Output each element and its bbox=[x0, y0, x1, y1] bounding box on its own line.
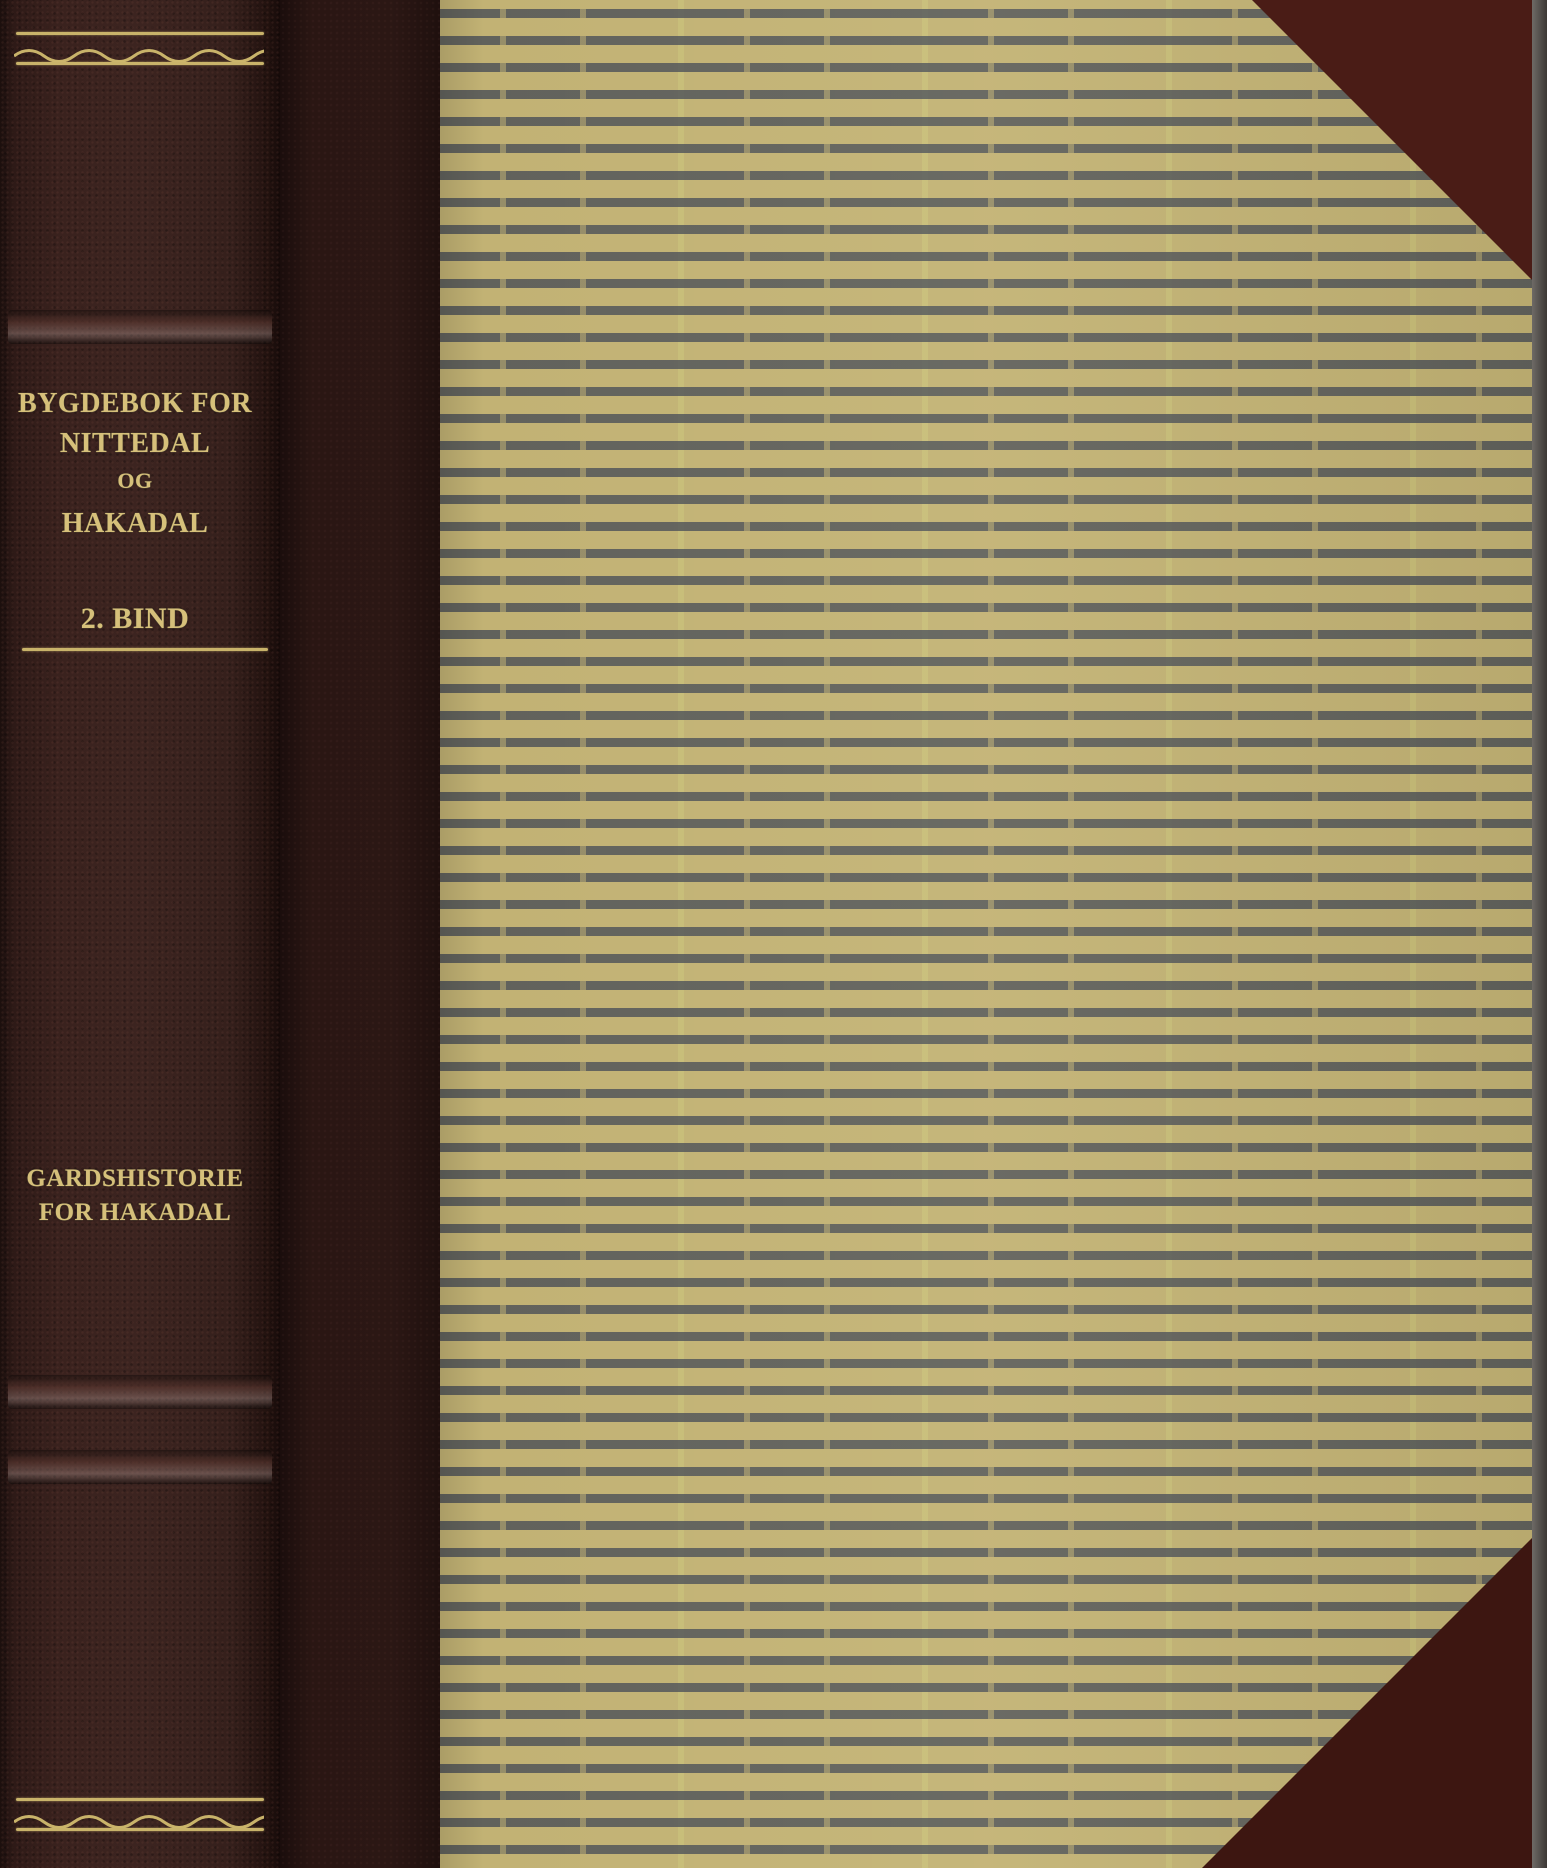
leather-corner-bottom bbox=[1202, 1538, 1532, 1868]
raised-band bbox=[8, 310, 272, 344]
spine-title-line: NITTEDAL bbox=[0, 430, 270, 470]
wavy-ornament-icon bbox=[14, 38, 264, 74]
spine-title-line: HAKADAL bbox=[0, 510, 270, 550]
book-spine: BYGDEBOK FOR NITTEDAL OG HAKADAL 2. BIND… bbox=[0, 0, 280, 1868]
spine-subtitle-line: FOR HAKADAL bbox=[0, 1200, 270, 1234]
spine-title-line: OG bbox=[0, 470, 270, 510]
leather-hinge bbox=[280, 0, 440, 1868]
spine-subtitle-line: GARDSHISTORIE bbox=[0, 1166, 270, 1200]
gilt-rule bbox=[16, 1798, 264, 1801]
board-edge bbox=[1532, 0, 1547, 1868]
gilt-rule bbox=[16, 62, 264, 65]
wavy-ornament-icon bbox=[14, 1804, 264, 1840]
raised-band bbox=[8, 1375, 272, 1409]
leather-texture bbox=[0, 0, 280, 1868]
spine-title: BYGDEBOK FOR NITTEDAL OG HAKADAL bbox=[0, 390, 270, 550]
spine-subtitle: GARDSHISTORIE FOR HAKADAL bbox=[0, 1166, 270, 1234]
spine-volume: 2. BIND bbox=[0, 604, 270, 634]
spine-title-line: BYGDEBOK FOR bbox=[0, 390, 270, 430]
gilt-rule bbox=[16, 1828, 264, 1831]
leather-corner-top bbox=[1252, 0, 1532, 280]
gilt-rule bbox=[16, 32, 264, 35]
gilt-rule bbox=[22, 648, 268, 651]
raised-band bbox=[8, 1450, 272, 1484]
leather-texture bbox=[280, 0, 440, 1868]
book-photo: BYGDEBOK FOR NITTEDAL OG HAKADAL 2. BIND… bbox=[0, 0, 1547, 1868]
